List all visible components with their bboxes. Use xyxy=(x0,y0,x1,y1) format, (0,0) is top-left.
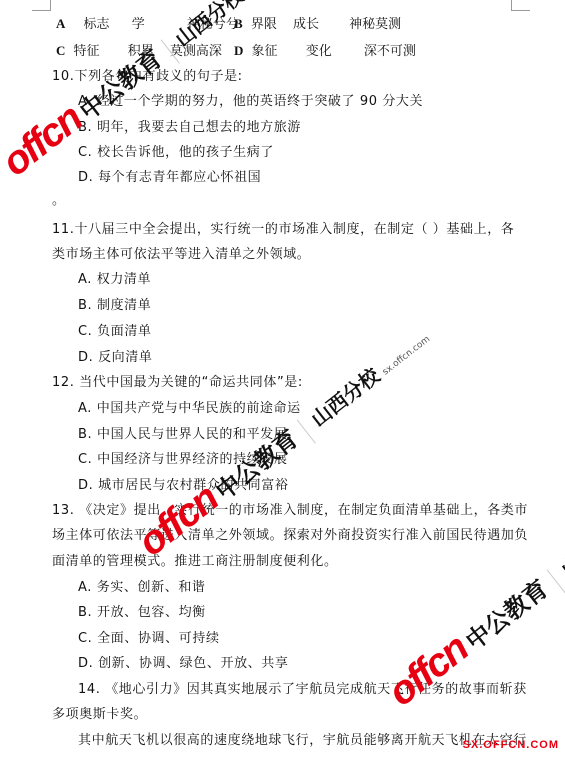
choice-d: D 象征 变化 深不可测 xyxy=(234,43,416,60)
q13-option-a: A. 务实、创新、和谐 xyxy=(78,580,206,596)
q14-stem-line1: 14. 《地心引力》因其真实地展示了宇航员完成航天飞行任务的故事而斩获 xyxy=(78,682,527,698)
document-page: A 标志 学 神秘兮兮 B 界限 成长 神秘莫测 C 特征 积累 莫测高深 D … xyxy=(0,0,565,759)
q11-option-b: B. 制度清单 xyxy=(78,298,151,314)
watermark-logo: offcn 中公教育 山西分校 sx.offcn.com xyxy=(380,462,565,716)
crop-mark-top-left xyxy=(32,0,51,11)
q10-option-c: C. 校长告诉他，他的孩子生病了 xyxy=(78,145,274,161)
q10-option-b: B. 明年，我要去自己想去的地方旅游 xyxy=(78,120,301,136)
choice-c: C 特征 积累 莫测高深 xyxy=(56,43,222,60)
q10-trailing: 。 xyxy=(52,193,66,209)
q10-option-d: D. 每个有志青年都应心怀祖国 xyxy=(78,170,261,186)
q13-stem-line3: 面清单的管理模式。推进工商注册制度便利化。 xyxy=(52,554,338,570)
q13-option-c: C. 全面、协调、可持续 xyxy=(78,631,220,647)
q11-stem-line1: 11.十八届三中全会提出，实行统一的市场准入制度，在制定（ ）基础上，各 xyxy=(52,222,514,238)
q12-option-a: A. 中国共产党与中华民族的前途命运 xyxy=(78,401,301,417)
q12-option-b: B. 中国人民与世界人民的和平发展 xyxy=(78,427,287,443)
q13-stem-line2: 场主体可依法平等进入清单之外领域。探索对外商投资实行准入前国民待遇加负 xyxy=(52,528,528,544)
q14-stem-line2: 多项奥斯卡奖。 xyxy=(52,707,147,723)
q11-stem-line2: 类市场主体可依法平等进入清单之外领域。 xyxy=(52,247,310,263)
q10-option-a: A. 经过一个学期的努力，他的英语终于突破了 90 分大关 xyxy=(78,94,423,110)
choice-a: A 标志 学 神秘兮兮 xyxy=(56,16,239,33)
q12-option-d: D. 城市居民与农村群众的共同富裕 xyxy=(78,478,288,494)
q13-option-b: B. 开放、包容、均衡 xyxy=(78,605,206,621)
q13-option-d: D. 创新、协调、绿色、开放、共享 xyxy=(78,656,288,672)
crop-mark-top-right xyxy=(511,0,530,11)
q12-option-c: C. 中国经济与世界经济的持续发展 xyxy=(78,452,288,468)
q11-option-d: D. 反向清单 xyxy=(78,350,152,366)
choice-b: B 界限 成长 神秘莫测 xyxy=(234,16,401,33)
q11-option-a: A. 权力清单 xyxy=(78,272,151,288)
footer-watermark: SX.OFFCN.COM xyxy=(463,739,559,751)
q13-stem-line1: 13. 《决定》提出，实行统一的市场准入制度，在制定负面清单基础上，各类市 xyxy=(52,503,528,519)
q12-stem: 12. 当代中国最为关键的“命运共同体”是: xyxy=(52,375,303,391)
q14-body-line1: 其中航天飞机以很高的速度绕地球飞行，宇航员能够离开航天飞机在太空行 xyxy=(78,733,527,749)
q11-option-c: C. 负面清单 xyxy=(78,324,152,340)
q10-stem: 10.下列各句中有歧义的句子是: xyxy=(52,69,243,85)
